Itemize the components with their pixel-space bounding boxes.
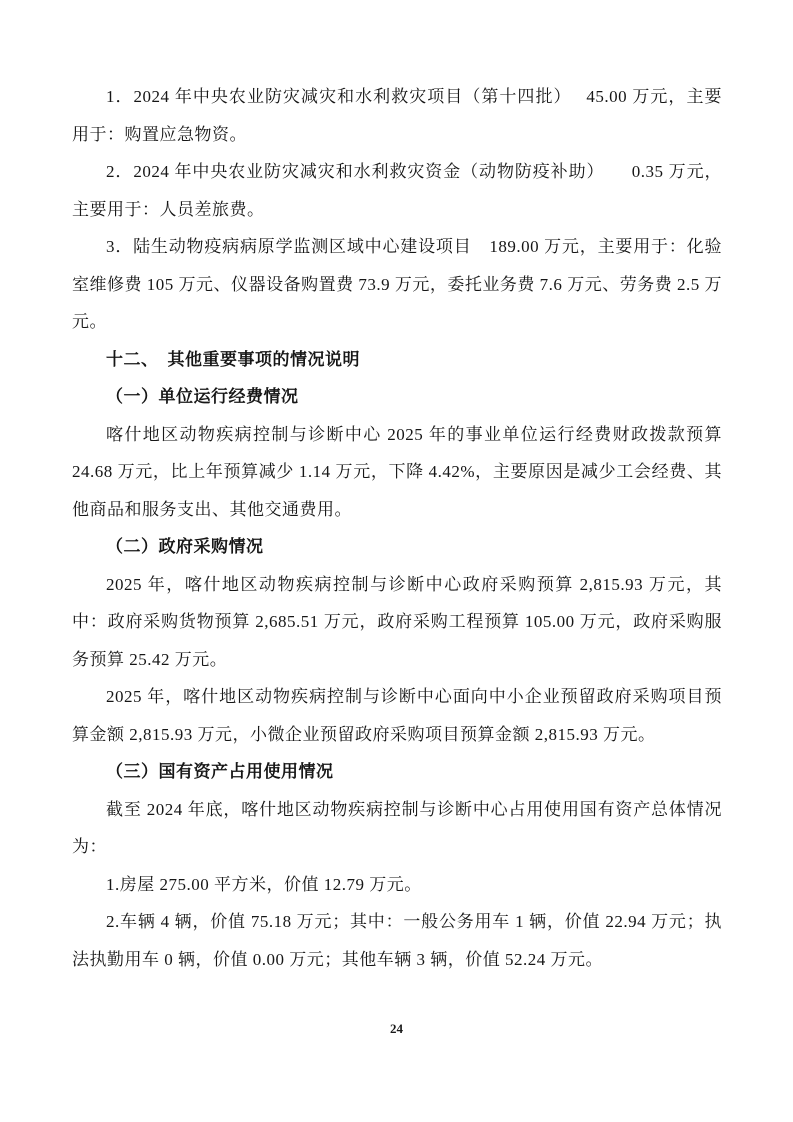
subsection-heading-state-assets: （三）国有资产占用使用情况 bbox=[72, 753, 722, 791]
subsection-heading-procurement: （二）政府采购情况 bbox=[72, 528, 722, 566]
paragraph-project-2: 2．2024 年中央农业防灾减灾和水利救灾资金（动物防疫补助） 0.35 万元，… bbox=[72, 153, 722, 228]
paragraph-procurement-budget: 2025 年，喀什地区动物疾病控制与诊断中心政府采购预算 2,815.93 万元… bbox=[72, 566, 722, 679]
paragraph-project-1: 1．2024 年中央农业防灾减灾和水利救灾项目（第十四批） 45.00 万元，主… bbox=[72, 78, 722, 153]
paragraph-project-3: 3．陆生动物疫病病原学监测区域中心建设项目 189.00 万元，主要用于：化验室… bbox=[72, 228, 722, 341]
paragraph-procurement-sme: 2025 年，喀什地区动物疾病控制与诊断中心面向中小企业预留政府采购项目预算金额… bbox=[72, 678, 722, 753]
paragraph-operating-funds: 喀什地区动物疾病控制与诊断中心 2025 年的事业单位运行经费财政拨款预算 24… bbox=[72, 416, 722, 529]
paragraph-state-assets-intro: 截至 2024 年底，喀什地区动物疾病控制与诊断中心占用使用国有资产总体情况为： bbox=[72, 791, 722, 866]
document-body: 1．2024 年中央农业防灾减灾和水利救灾项目（第十四批） 45.00 万元，主… bbox=[72, 78, 722, 978]
page-number: 24 bbox=[0, 1021, 793, 1037]
document-page: 1．2024 年中央农业防灾减灾和水利救灾项目（第十四批） 45.00 万元，主… bbox=[0, 0, 793, 1122]
section-heading-other-matters: 十二、 其他重要事项的情况说明 bbox=[72, 341, 722, 379]
paragraph-assets-vehicles: 2.车辆 4 辆，价值 75.18 万元；其中：一般公务用车 1 辆，价值 22… bbox=[72, 903, 722, 978]
paragraph-assets-housing: 1.房屋 275.00 平方米，价值 12.79 万元。 bbox=[72, 866, 722, 904]
subsection-heading-operating-funds: （一）单位运行经费情况 bbox=[72, 378, 722, 416]
